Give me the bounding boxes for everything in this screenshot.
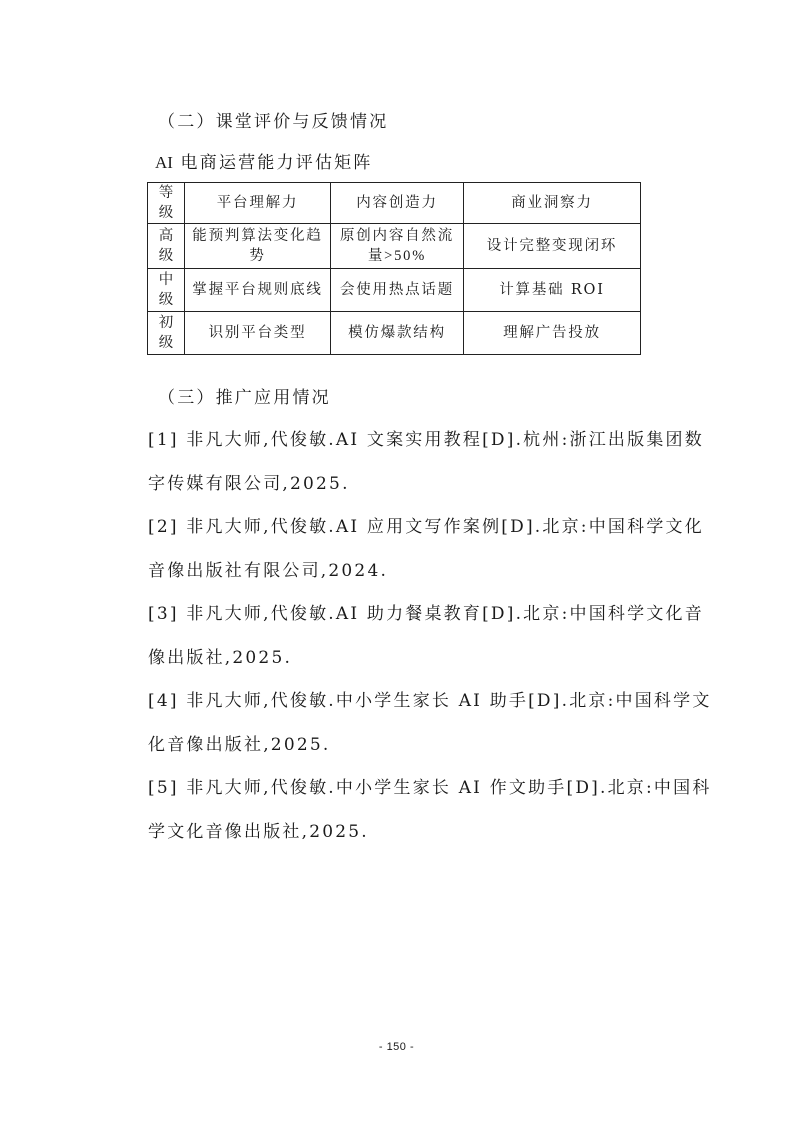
reference-line: 化音像出版社,2025. [148,728,712,762]
table-caption-text: 电商运营能力评估矩阵 [173,153,373,173]
cell-advanced-content: 原创内容自然流 量>50% [331,224,464,269]
cell-advanced-business: 设计完整变现闭环 [464,224,641,269]
cell-line: 能预判算法变化趋 [189,226,326,246]
cell-beginner-business: 理解广告投放 [464,312,641,355]
header-level-char-2: 级 [148,203,184,223]
reference-item-1: [1] 非凡大师,代俊敏.AI 文案实用教程[D].杭州:浙江出版集团数 字传媒… [148,423,704,501]
reference-item-5: [5] 非凡大师,代俊敏.中小学生家长 AI 作文助手[D].北京:中国科 学文… [148,771,712,849]
header-cell-platform: 平台理解力 [185,183,331,224]
reference-line: [1] 非凡大师,代俊敏.AI 文案实用教程[D].杭州:浙江出版集团数 [148,423,704,457]
section-heading-classroom-evaluation: （二）课堂评价与反馈情况 [158,107,388,132]
table-row-advanced: 高 级 能预判算法变化趋 势 原创内容自然流 量>50% 设计完整变现闭环 [148,224,641,269]
cell-beginner-content: 模仿爆款结构 [331,312,464,355]
reference-line: 像出版社,2025. [148,641,704,675]
section-heading-promotion: （三）推广应用情况 [158,383,331,408]
reference-line: [2] 非凡大师,代俊敏.AI 应用文写作案例[D].北京:中国科学文化 [148,510,704,544]
cell-intermediate-business: 计算基础 ROI [464,269,641,312]
level-char: 高 [148,226,184,246]
reference-line: 音像出版社有限公司,2024. [148,554,704,588]
level-char: 级 [148,290,184,310]
level-char: 级 [148,333,184,353]
reference-line: [4] 非凡大师,代俊敏.中小学生家长 AI 助手[D].北京:中国科学文 [148,684,712,718]
cell-intermediate-content: 会使用热点话题 [331,269,464,312]
reference-item-4: [4] 非凡大师,代俊敏.中小学生家长 AI 助手[D].北京:中国科学文 化音… [148,684,712,762]
cell-line: 势 [189,246,326,266]
level-char: 初 [148,313,184,333]
header-cell-business: 商业洞察力 [464,183,641,224]
reference-item-2: [2] 非凡大师,代俊敏.AI 应用文写作案例[D].北京:中国科学文化 音像出… [148,510,704,588]
reference-line: [5] 非凡大师,代俊敏.中小学生家长 AI 作文助手[D].北京:中国科 [148,771,712,805]
table-row-intermediate: 中 级 掌握平台规则底线 会使用热点话题 计算基础 ROI [148,269,641,312]
cell-advanced-platform: 能预判算法变化趋 势 [185,224,331,269]
level-cell-beginner: 初 级 [148,312,185,355]
cell-line: 量>50% [335,246,459,266]
level-cell-intermediate: 中 级 [148,269,185,312]
cell-beginner-platform: 识别平台类型 [185,312,331,355]
table-caption: AI 电商运营能力评估矩阵 [155,148,373,173]
reference-line: 学文化音像出版社,2025. [148,815,712,849]
header-cell-level: 等 级 [148,183,185,224]
table-header-row: 等 级 平台理解力 内容创造力 商业洞察力 [148,183,641,224]
cell-line: 原创内容自然流 [335,226,459,246]
table-row-beginner: 初 级 识别平台类型 模仿爆款结构 理解广告投放 [148,312,641,355]
page-number: - 150 - [0,1041,793,1053]
reference-item-3: [3] 非凡大师,代俊敏.AI 助力餐桌教育[D].北京:中国科学文化音 像出版… [148,597,704,675]
table-caption-prefix: AI [155,153,173,172]
ai-ecommerce-capability-matrix: 等 级 平台理解力 内容创造力 商业洞察力 高 级 能预判算法变化趋 势 原创内… [147,182,641,355]
level-cell-advanced: 高 级 [148,224,185,269]
reference-line: 字传媒有限公司,2025. [148,467,704,501]
level-char: 级 [148,246,184,266]
reference-line: [3] 非凡大师,代俊敏.AI 助力餐桌教育[D].北京:中国科学文化音 [148,597,704,631]
level-char: 中 [148,270,184,290]
header-cell-content: 内容创造力 [331,183,464,224]
header-level-char-1: 等 [148,183,184,203]
cell-intermediate-platform: 掌握平台规则底线 [185,269,331,312]
